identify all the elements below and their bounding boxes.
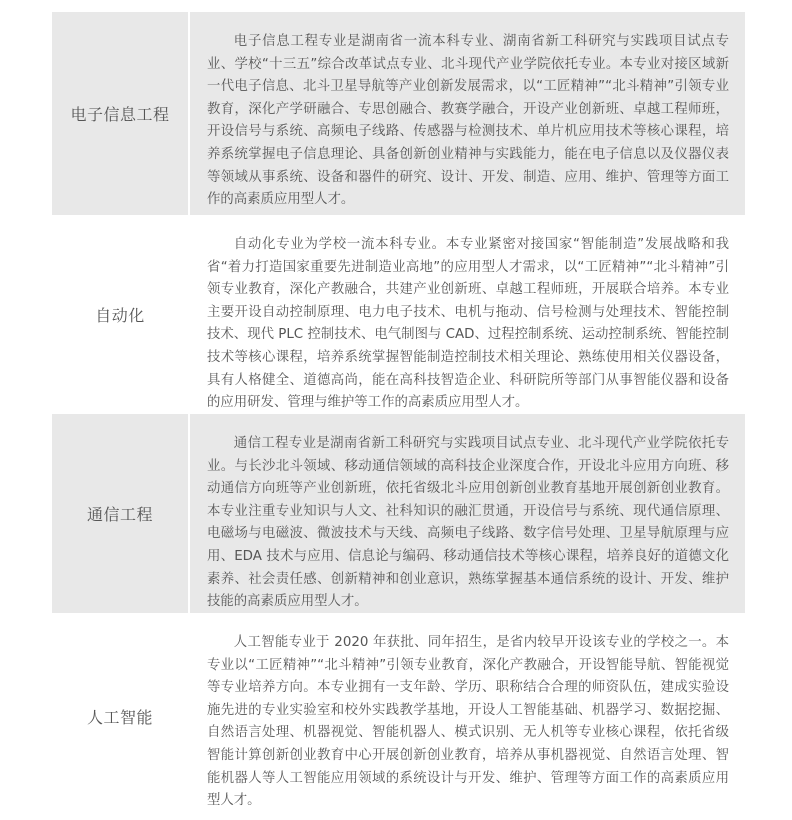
major-name: 通信工程 bbox=[87, 502, 153, 525]
major-name: 自动化 bbox=[95, 303, 145, 326]
major-description: 通信工程专业是湖南省新工科研究与实践项目试点专业、北斗现代产业学院依托专业。与长… bbox=[207, 433, 729, 614]
major-description-cell: 自动化专业为学校一流本科专业。本专业紧密对接国家“智能制造”发展战略和我省“着力… bbox=[190, 215, 745, 414]
major-row-electronic-information-engineering: 电子信息工程 电子信息工程专业是湖南省一流本科专业、湖南省新工科研究与实践项目试… bbox=[52, 12, 745, 215]
major-description-cell: 通信工程专业是湖南省新工科研究与实践项目试点专业、北斗现代产业学院依托专业。与长… bbox=[190, 414, 745, 613]
major-description: 自动化专业为学校一流本科专业。本专业紧密对接国家“智能制造”发展战略和我省“着力… bbox=[207, 234, 729, 415]
majors-table: 电子信息工程 电子信息工程专业是湖南省一流本科专业、湖南省新工科研究与实践项目试… bbox=[52, 12, 745, 820]
major-row-artificial-intelligence: 人工智能 人工智能专业于 2020 年获批、同年招生，是省内较早开设该专业的学校… bbox=[52, 613, 745, 820]
major-description: 人工智能专业于 2020 年获批、同年招生，是省内较早开设该专业的学校之一。本专… bbox=[207, 632, 729, 813]
major-name-cell: 通信工程 bbox=[52, 414, 188, 613]
major-description-cell: 人工智能专业于 2020 年获批、同年招生，是省内较早开设该专业的学校之一。本专… bbox=[190, 613, 745, 820]
major-name: 人工智能 bbox=[87, 705, 153, 728]
major-name-cell: 人工智能 bbox=[52, 613, 188, 820]
major-row-automation: 自动化 自动化专业为学校一流本科专业。本专业紧密对接国家“智能制造”发展战略和我… bbox=[52, 215, 745, 414]
major-row-communication-engineering: 通信工程 通信工程专业是湖南省新工科研究与实践项目试点专业、北斗现代产业学院依托… bbox=[52, 414, 745, 613]
major-description-cell: 电子信息工程专业是湖南省一流本科专业、湖南省新工科研究与实践项目试点专业、学校“… bbox=[190, 12, 745, 215]
major-name-cell: 自动化 bbox=[52, 215, 188, 414]
major-name: 电子信息工程 bbox=[70, 102, 169, 125]
major-name-cell: 电子信息工程 bbox=[52, 12, 188, 215]
major-description: 电子信息工程专业是湖南省一流本科专业、湖南省新工科研究与实践项目试点专业、学校“… bbox=[207, 31, 729, 212]
